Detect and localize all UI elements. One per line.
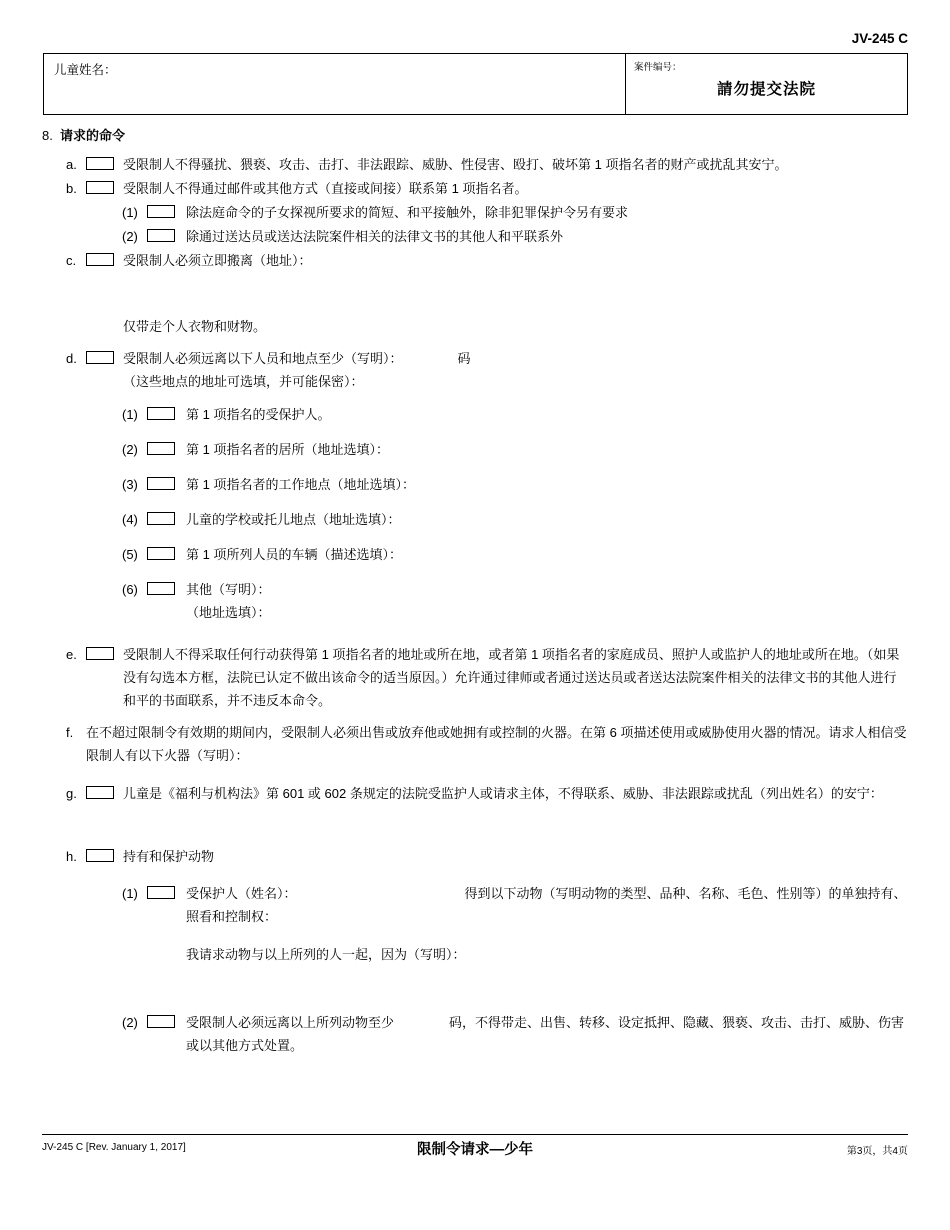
form-number: JV-245 C [852, 31, 908, 46]
item-d3-label: (3) [122, 473, 147, 496]
item-c-text: 受限制人必须立即搬离（地址）： [123, 249, 908, 272]
checkbox-d6[interactable] [147, 582, 175, 595]
child-name-field[interactable]: 儿童姓名： [44, 54, 626, 114]
item-h2: (2) 受限制人必须远离以上所列动物至少码，不得带走、出售、转移、设定抵押、隐藏… [42, 1011, 908, 1057]
item-f-label: f. [66, 721, 86, 744]
item-d5-text: 第 1 项所列人员的车辆（描述选填）： [186, 543, 908, 566]
caption-box: 儿童姓名： 案件编号： 請勿提交法院 [43, 53, 908, 115]
item-h1-label: (1) [122, 882, 147, 905]
item-d2-text: 第 1 项指名者的居所（地址选填）： [186, 438, 908, 461]
item-f-text: 在不超过限制令有效期的期间内，受限制人必须出售或放弃他或她拥有或控制的火器。在第… [86, 721, 908, 767]
item-g: g. 儿童是《福利与机构法》第 601 或 602 条规定的法院受监护人或请求主… [42, 782, 908, 805]
item-d: d. 受限制人必须远离以下人员和地点至少（写明）：码 （这些地点的地址可选填，并… [42, 347, 908, 393]
checkbox-g[interactable] [86, 786, 114, 799]
item-d4-label: (4) [122, 508, 147, 531]
item-d5-label: (5) [122, 543, 147, 566]
checkbox-e[interactable] [86, 647, 114, 660]
section-heading: 8.请求的命令 [42, 125, 908, 144]
item-d3: (3) 第 1 项指名者的工作地点（地址选填）： [42, 473, 908, 496]
item-b1-text: 除法庭命令的子女探视所要求的简短、和平接触外，除非犯罪保护令另有要求 [186, 201, 908, 224]
item-d-unit: 码 [458, 351, 471, 366]
item-h1-text: 受保护人（姓名）：得到以下动物（写明动物的类型、品种、名称、毛色、性别等）的单独… [186, 882, 908, 966]
item-c-label: c. [66, 249, 86, 272]
checkbox-d1[interactable] [147, 407, 175, 420]
item-b1-label: (1) [122, 201, 147, 224]
item-h2-label: (2) [122, 1011, 147, 1034]
checkbox-c[interactable] [86, 253, 114, 266]
item-b1: (1) 除法庭命令的子女探视所要求的简短、和平接触外，除非犯罪保护令另有要求 [42, 201, 908, 224]
checkbox-b1[interactable] [147, 205, 175, 218]
item-d6-label: (6) [122, 578, 147, 601]
item-d2-label: (2) [122, 438, 147, 461]
checkbox-a[interactable] [86, 157, 114, 170]
item-d-note: （这些地点的地址可选填，并可能保密）： [123, 370, 908, 393]
item-d2: (2) 第 1 项指名者的居所（地址选填）： [42, 438, 908, 461]
section-number: 8. [42, 128, 60, 143]
item-e-label: e. [66, 643, 86, 666]
item-d-text-before: 受限制人必须远离以下人员和地点至少（写明）： [123, 351, 403, 366]
checkbox-h2[interactable] [147, 1015, 175, 1028]
item-a: a. 受限制人不得骚扰、猥亵、攻击、击打、非法跟踪、威胁、性侵害、殴打、破坏第 … [42, 153, 908, 176]
checkbox-d3[interactable] [147, 477, 175, 490]
footer-form-title: 限制令请求—少年 [42, 1138, 908, 1159]
do-not-file-stamp: 請勿提交法院 [634, 77, 899, 99]
item-b2-text: 除通过送达员或送达法院案件相关的法律文书的其他人和平联系外 [186, 225, 908, 248]
checkbox-d2[interactable] [147, 442, 175, 455]
item-d1: (1) 第 1 项指名的受保护人。 [42, 403, 908, 426]
checkbox-h1[interactable] [147, 886, 175, 899]
item-d1-label: (1) [122, 403, 147, 426]
item-h2-text-before: 受限制人必须远离以上所列动物至少 [186, 1015, 394, 1030]
checkbox-d4[interactable] [147, 512, 175, 525]
item-h-label: h. [66, 845, 86, 868]
case-number-label: 案件编号： [634, 59, 899, 73]
item-d-text: 受限制人必须远离以下人员和地点至少（写明）：码 （这些地点的地址可选填，并可能保… [123, 347, 908, 393]
item-a-text: 受限制人不得骚扰、猥亵、攻击、击打、非法跟踪、威胁、性侵害、殴打、破坏第 1 项… [123, 153, 908, 176]
item-d6-text-line1: 其他（写明）： [186, 582, 271, 597]
item-h-text: 持有和保护动物 [123, 845, 908, 868]
item-d5: (5) 第 1 项所列人员的车辆（描述选填）： [42, 543, 908, 566]
item-c-note: 仅带走个人衣物和财物。 [42, 315, 908, 338]
page-footer: JV-245 C [Rev. January 1, 2017] 限制令请求—少年… [42, 1134, 908, 1174]
item-e: e. 受限制人不得采取任何行动获得第 1 项指名者的地址或所在地，或者第 1 项… [42, 643, 908, 712]
footer-page-number: 第3页，共4页 [847, 1142, 908, 1157]
item-h1-request: 我请求动物与以上所列的人一起，因为（写明）： [186, 943, 908, 966]
item-f: f. 在不超过限制令有效期的期间内，受限制人必须出售或放弃他或她拥有或控制的火器… [42, 721, 908, 767]
item-h1: (1) 受保护人（姓名）：得到以下动物（写明动物的类型、品种、名称、毛色、性别等… [42, 882, 908, 966]
item-h1-text-before: 受保护人（姓名）： [186, 886, 297, 901]
item-h: h. 持有和保护动物 [42, 845, 908, 868]
item-b-label: b. [66, 177, 86, 200]
item-d6-text-line2: （地址选填）： [186, 601, 908, 624]
item-e-text: 受限制人不得采取任何行动获得第 1 项指名者的地址或所在地，或者第 1 项指名者… [123, 643, 908, 712]
checkbox-h[interactable] [86, 849, 114, 862]
checkbox-d5[interactable] [147, 547, 175, 560]
item-d1-text: 第 1 项指名的受保护人。 [186, 403, 908, 426]
item-g-text: 儿童是《福利与机构法》第 601 或 602 条规定的法院受监护人或请求主体，不… [123, 782, 908, 805]
item-c: c. 受限制人必须立即搬离（地址）： [42, 249, 908, 272]
checkbox-b[interactable] [86, 181, 114, 194]
item-d4: (4) 儿童的学校或托儿地点（地址选填）： [42, 508, 908, 531]
item-d-label: d. [66, 347, 86, 370]
item-b: b. 受限制人不得通过邮件或其他方式（直接或间接）联系第 1 项指名者。 [42, 177, 908, 200]
item-d6: (6) 其他（写明）： （地址选填）： [42, 578, 908, 624]
checkbox-d[interactable] [86, 351, 114, 364]
section-8: 8.请求的命令 a. 受限制人不得骚扰、猥亵、攻击、击打、非法跟踪、威胁、性侵害… [42, 125, 908, 1058]
item-d6-text: 其他（写明）： （地址选填）： [186, 578, 908, 624]
checkbox-b2[interactable] [147, 229, 175, 242]
child-name-label: 儿童姓名： [54, 63, 117, 77]
item-b-text: 受限制人不得通过邮件或其他方式（直接或间接）联系第 1 项指名者。 [123, 177, 908, 200]
item-d4-text: 儿童的学校或托儿地点（地址选填）： [186, 508, 908, 531]
item-h2-text: 受限制人必须远离以上所列动物至少码，不得带走、出售、转移、设定抵押、隐藏、猥亵、… [186, 1011, 908, 1057]
item-b2: (2) 除通过送达员或送达法院案件相关的法律文书的其他人和平联系外 [42, 225, 908, 248]
form-page: JV-245 C 儿童姓名： 案件编号： 請勿提交法院 8.请求的命令 a. 受… [0, 0, 950, 1230]
item-b2-label: (2) [122, 225, 147, 248]
section-title: 请求的命令 [60, 128, 125, 143]
item-g-label: g. [66, 782, 86, 805]
item-d3-text: 第 1 项指名者的工作地点（地址选填）： [186, 473, 908, 496]
case-number-field[interactable]: 案件编号： 請勿提交法院 [626, 54, 907, 114]
item-a-label: a. [66, 153, 86, 176]
